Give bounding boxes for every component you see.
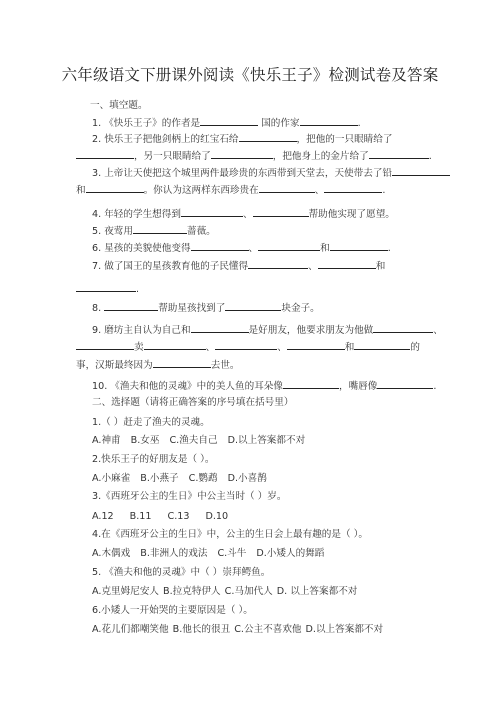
fill-question-2-cont: ，另一只眼睛给了，把他身上的金片给了. <box>76 148 432 164</box>
choice-question-3: 3.《西班牙公主的生日》中公主当时（ ）岁。 <box>92 490 286 504</box>
fill-question-9: 9. 磨坊主自认为自己和是好朋友，他要求朋友为他做、 <box>92 322 443 338</box>
option-d[interactable]: D.小矮人的舞蹈 <box>256 548 324 559</box>
answer-blank[interactable] <box>324 182 382 193</box>
option-d[interactable]: D.10 <box>205 511 228 522</box>
fill-question-2: 2. 快乐王子把他剑柄上的红宝石给，把他的一只眼睛给了 <box>92 131 392 147</box>
fill-question-3-cont: 和。你认为这两样东西珍贵在、. <box>76 182 385 198</box>
answer-blank[interactable] <box>211 148 273 159</box>
option-c[interactable]: C.13 <box>168 511 190 522</box>
answer-blank[interactable] <box>239 131 297 142</box>
answer-blank[interactable] <box>377 378 433 389</box>
fill-question-7-cont: . <box>76 281 139 297</box>
option-c[interactable]: C.渔夫自己 <box>169 435 217 446</box>
answer-blank[interactable] <box>392 165 450 176</box>
option-c[interactable]: C.马加代人 <box>225 586 273 597</box>
choice-question-2: 2.快乐王子的好朋友是（ ）。 <box>92 453 215 467</box>
option-a[interactable]: A.神甫 <box>92 435 121 446</box>
section2-heading: 二、选择题（请将正确答案的序号填在括号里） <box>92 396 293 410</box>
answer-blank[interactable] <box>181 206 243 217</box>
document-title: 六年级语文下册课外阅读《快乐王子》检测试卷及答案 <box>0 63 500 85</box>
answer-blank[interactable] <box>287 339 345 350</box>
option-a[interactable]: A.克里姆尼安人 <box>92 586 159 597</box>
choice-options-5: A.克里姆尼安人B.拉克特伊人C.马加代人D. 以上答案都不对 <box>92 585 367 599</box>
option-b[interactable]: B.他长的很丑 <box>173 624 231 635</box>
choice-question-6: 6.小矮人一开始哭的主要原因是（ ）。 <box>92 604 253 618</box>
choice-options-2: A.小麻雀B.小燕子C.鹦鹉D.小喜鹊 <box>92 472 277 486</box>
fill-question-5: 5. 夜莺用蔷薇。 <box>92 223 216 239</box>
fill-question-9-cont2: 事，汉斯最终因为去世。 <box>76 357 240 373</box>
answer-blank[interactable] <box>76 339 134 350</box>
option-d[interactable]: D. 以上答案都不对 <box>277 586 358 597</box>
fill-question-4: 4. 年轻的学生想得到、帮助他实现了愿望。 <box>92 206 395 222</box>
answer-blank[interactable] <box>330 240 388 251</box>
answer-blank[interactable] <box>225 300 281 311</box>
answer-blank[interactable] <box>191 322 249 333</box>
option-d[interactable]: D.以上答案都不对 <box>306 624 384 635</box>
answer-blank[interactable] <box>373 322 433 333</box>
answer-blank[interactable] <box>133 223 187 234</box>
answer-blank[interactable] <box>283 378 339 389</box>
fill-question-6: 6. 星孩的美貌使他变得、和. <box>92 240 391 256</box>
answer-blank[interactable] <box>354 339 410 350</box>
option-a[interactable]: A.小麻雀 <box>92 473 130 484</box>
fill-question-9-cont: 卖、、和的 <box>76 339 420 355</box>
option-a[interactable]: A.12 <box>92 511 114 522</box>
answer-blank[interactable] <box>215 339 277 350</box>
answer-blank[interactable] <box>259 182 315 193</box>
document-page: 六年级语文下册课外阅读《快乐王子》检测试卷及答案 一、填空题。 1. 《快乐王子… <box>0 0 500 707</box>
answer-blank[interactable] <box>86 182 144 193</box>
answer-blank[interactable] <box>153 357 211 368</box>
choice-question-4: 4.在《西班牙公主的生日》中，公主的生日会上最有趣的是（ ）。 <box>92 528 368 542</box>
fill-question-7: 7. 做了国王的星孩教育他的子民懂得、和 <box>92 258 385 274</box>
fill-question-8: 8. 帮助星孩找到了块金子。 <box>92 300 320 316</box>
option-c[interactable]: C.鹦鹉 <box>189 473 218 484</box>
option-d[interactable]: D.小喜鹊 <box>228 473 267 484</box>
fill-question-10: 10. 《渔夫和他的灵魂》中的美人鱼的耳朵像，嘴唇像. <box>92 378 436 394</box>
choice-question-1: 1.（ ）赶走了渔夫的灵魂。 <box>92 416 210 430</box>
choice-question-5: 5. 《渔夫和他的灵魂》中（ ）崇拜鳄鱼。 <box>92 566 270 580</box>
option-b[interactable]: B.11 <box>130 511 152 522</box>
answer-blank[interactable] <box>76 281 136 292</box>
choice-options-4: A.木偶戏B.非洲人的戏法C.斗牛D.小矮人的舞蹈 <box>92 547 334 561</box>
option-c[interactable]: C.斗牛 <box>217 548 246 559</box>
option-b[interactable]: B.女巫 <box>131 435 160 446</box>
answer-blank[interactable] <box>248 258 308 269</box>
option-b[interactable]: B.拉克特伊人 <box>163 586 221 597</box>
choice-options-1: A.神甫B.女巫C.渔夫自己D.以上答案都不对 <box>92 434 315 448</box>
option-a[interactable]: A.花儿们都嘲笑他 <box>92 624 169 635</box>
answer-blank[interactable] <box>369 148 429 159</box>
option-b[interactable]: B.非洲人的戏法 <box>140 548 207 559</box>
answer-blank[interactable] <box>258 240 320 251</box>
answer-blank[interactable] <box>300 115 358 126</box>
choice-options-3: A.12B.11C.13D.10 <box>92 510 238 524</box>
answer-blank[interactable] <box>104 300 158 311</box>
option-b[interactable]: B.小燕子 <box>140 473 178 484</box>
option-d[interactable]: D.以上答案都不对 <box>228 435 306 446</box>
answer-blank[interactable] <box>200 115 258 126</box>
answer-blank[interactable] <box>144 339 206 350</box>
fill-question-1: 1. 《快乐王子》的作者是 国的作家. <box>92 115 361 131</box>
fill-question-3: 3. 上帝让天使把这个城里两件最珍贵的东西带到天堂去，天使带去了铅 <box>92 165 450 181</box>
option-c[interactable]: C.公主不喜欢他 <box>234 624 301 635</box>
section1-heading: 一、填空题。 <box>90 99 148 113</box>
answer-blank[interactable] <box>253 206 309 217</box>
answer-blank[interactable] <box>76 148 134 159</box>
answer-blank[interactable] <box>318 258 376 269</box>
option-a[interactable]: A.木偶戏 <box>92 548 130 559</box>
answer-blank[interactable] <box>191 240 249 251</box>
choice-options-6: A.花儿们都嘲笑他B.他长的很丑C.公主不喜欢他D.以上答案都不对 <box>92 623 393 637</box>
